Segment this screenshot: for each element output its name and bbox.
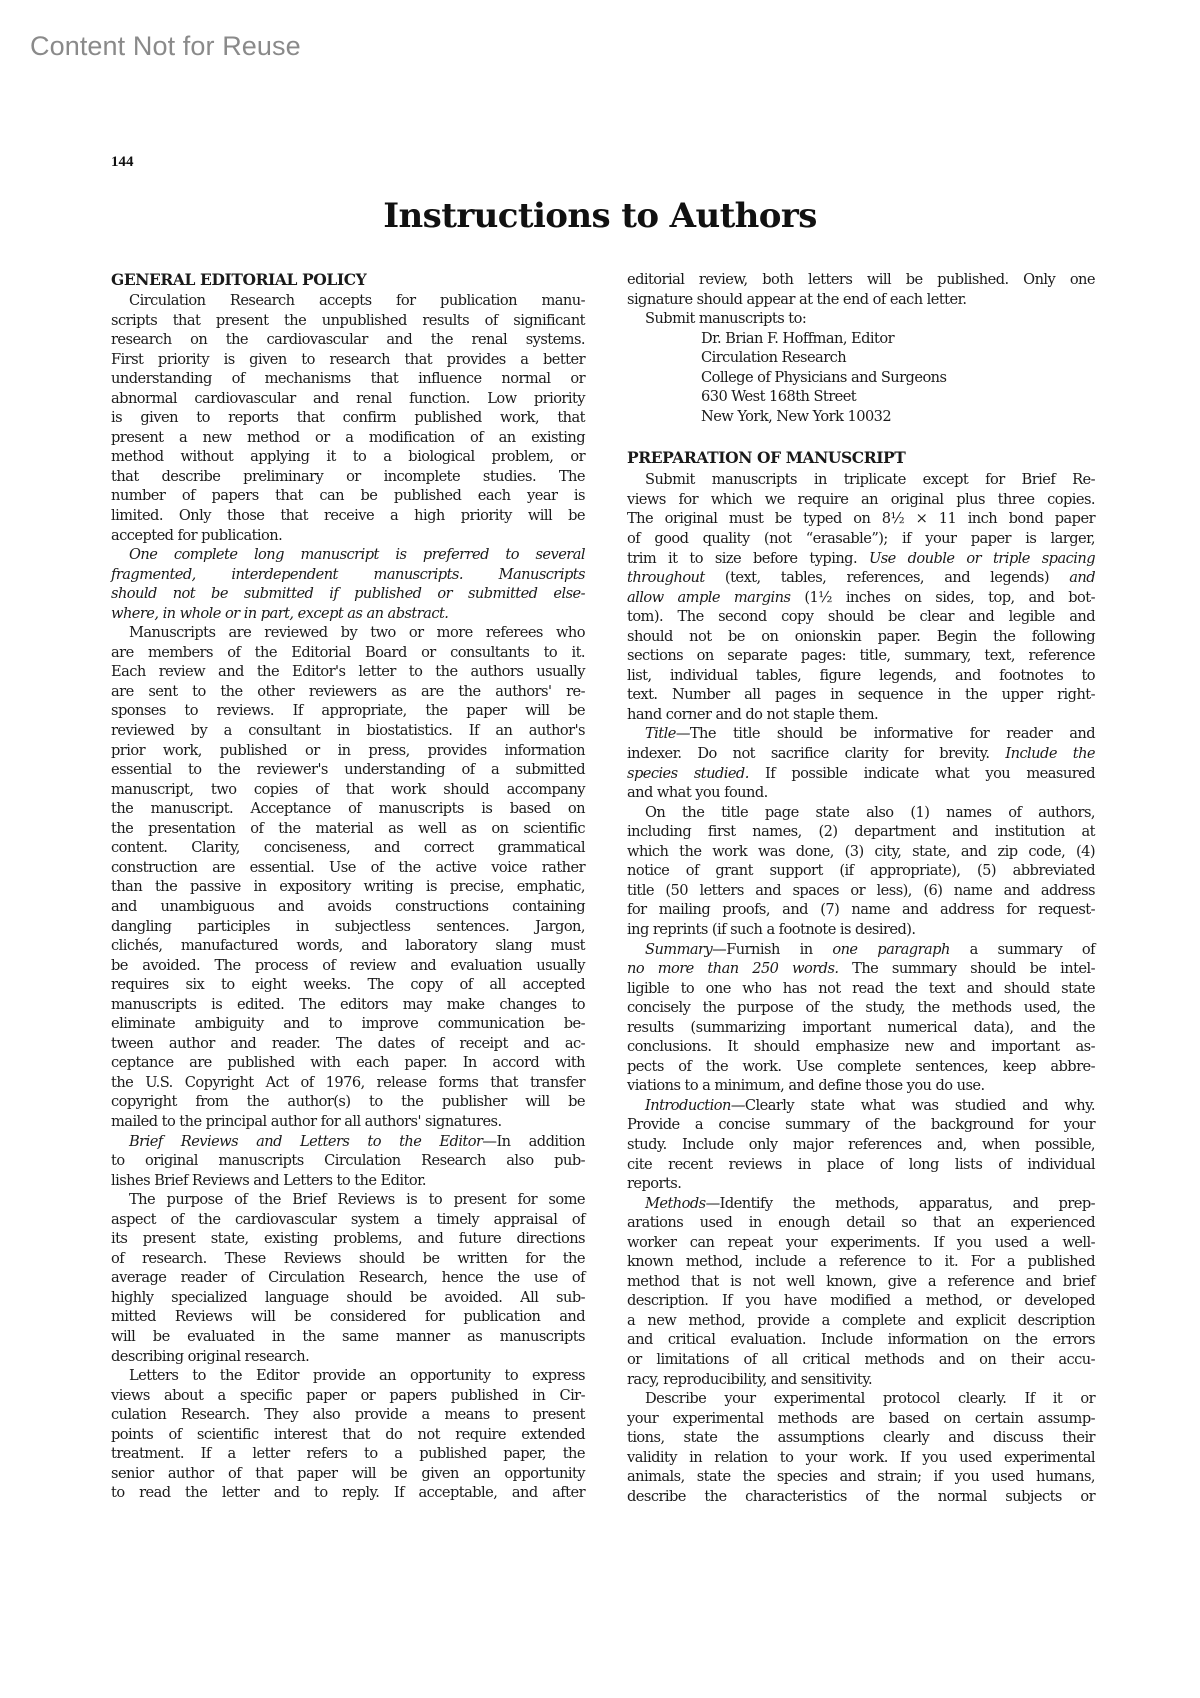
text-line: its present state, existing problems, an… <box>111 1229 585 1249</box>
text-line: sponses to reviews. If appropriate, the … <box>111 701 585 721</box>
text-line: scripts that present the unpublished res… <box>111 311 585 331</box>
text-line: views about a specific paper or papers p… <box>111 1386 585 1406</box>
text-line: study. Include only major references and… <box>627 1135 1095 1155</box>
text-line: worker can repeat your experiments. If y… <box>627 1233 1095 1253</box>
text-line: Letters to the Editor provide an opportu… <box>111 1366 585 1386</box>
text-line: Submit manuscripts in triplicate except … <box>627 470 1095 490</box>
text-line: are members of the Editorial Board or co… <box>111 643 585 663</box>
text-line: First priority is given to research that… <box>111 350 585 370</box>
text-line: for mailing proofs, and (7) name and add… <box>627 900 1095 920</box>
text-line: and unambiguous and avoids constructions… <box>111 897 585 917</box>
text-line: indexer. Do not sacrifice clarity for br… <box>627 744 1095 764</box>
text-line: reports. <box>627 1174 1095 1194</box>
text-line: tween author and reader. The dates of re… <box>111 1034 585 1054</box>
text-line: views for which we require an original p… <box>627 490 1095 510</box>
text-line: editorial review, both letters will be p… <box>627 270 1095 290</box>
text-line: signature should appear at the end of ea… <box>627 290 1095 310</box>
text-line: list, individual tables, figure legends,… <box>627 666 1095 686</box>
text-line: Title—The title should be informative fo… <box>627 724 1095 744</box>
text-line: Summary—Furnish in one paragraph a summa… <box>627 940 1095 960</box>
text-line: dangling participles in subjectless sent… <box>111 917 585 937</box>
text-line: should not be submitted if published or … <box>111 584 585 604</box>
text-line: describe the characteristics of the norm… <box>627 1487 1095 1507</box>
text-line: no more than 250 words. The summary shou… <box>627 959 1095 979</box>
text-line: Methods—Identify the methods, apparatus,… <box>627 1194 1095 1214</box>
text-line: species studied. If possible indicate wh… <box>627 764 1095 784</box>
text-line: construction are essential. Use of the a… <box>111 858 585 878</box>
text-line: manuscripts is edited. The editors may m… <box>111 995 585 1015</box>
text-line: Introduction—Clearly state what was stud… <box>627 1096 1095 1116</box>
text-line: research on the cardiovascular and the r… <box>111 330 585 350</box>
text-line: Manuscripts are reviewed by two or more … <box>111 623 585 643</box>
text-line: Provide a concise summary of the backgro… <box>627 1115 1095 1135</box>
text-line: ligible to one who has not read the text… <box>627 979 1095 999</box>
text-line: and what you found. <box>627 783 1095 803</box>
text-line: highly specialized language should be av… <box>111 1288 585 1308</box>
address-line: Dr. Brian F. Hoffman, Editor <box>627 329 1095 349</box>
section-heading-preparation-of-manuscript: PREPARATION OF MANUSCRIPT <box>627 446 1095 470</box>
text-line: or limitations of all critical methods a… <box>627 1350 1095 1370</box>
text-line: to original manuscripts Circulation Rese… <box>111 1151 585 1171</box>
text-line: requires six to eight weeks. The copy of… <box>111 975 585 995</box>
text-line: allow ample margins (1½ inches on sides,… <box>627 588 1095 608</box>
text-line: treatment. If a letter refers to a publi… <box>111 1444 585 1464</box>
text-line: results (summarizing important numerical… <box>627 1018 1095 1038</box>
text-line: ing reprints (if such a footnote is desi… <box>627 920 1095 940</box>
text-line: of research. These Reviews should be wri… <box>111 1249 585 1269</box>
text-line: method without applying it to a biologic… <box>111 447 585 467</box>
text-line: describing original research. <box>111 1347 585 1367</box>
text-line: should not be on onionskin paper. Begin … <box>627 627 1095 647</box>
text-line: lishes Brief Reviews and Letters to the … <box>111 1171 585 1191</box>
text-line: a new method, provide a complete and exp… <box>627 1311 1095 1331</box>
text-line: Circulation Research accepts for publica… <box>111 291 585 311</box>
page-title: Instructions to Authors <box>0 196 1200 236</box>
text-line: the presentation of the material as well… <box>111 819 585 839</box>
text-line: tom). The second copy should be clear an… <box>627 607 1095 627</box>
right-column: editorial review, both letters will be p… <box>627 270 1095 1506</box>
text-line: your experimental methods are based on c… <box>627 1409 1095 1429</box>
text-line: Submit manuscripts to: <box>627 309 1095 329</box>
text-line: tions, state the assumptions clearly and… <box>627 1428 1095 1448</box>
text-line: mailed to the principal author for all a… <box>111 1112 585 1132</box>
text-line: arations used in enough detail so that a… <box>627 1213 1095 1233</box>
address-line: College of Physicians and Surgeons <box>627 368 1095 388</box>
text-line: Each review and the Editor's letter to t… <box>111 662 585 682</box>
text-line: manuscript, two copies of that work shou… <box>111 780 585 800</box>
text-line: trim it to size before typing. Use doubl… <box>627 549 1095 569</box>
text-line: limited. Only those that receive a high … <box>111 506 585 526</box>
text-line: method that is not well known, give a re… <box>627 1272 1095 1292</box>
text-line: copyright from the author(s) to the publ… <box>111 1092 585 1112</box>
text-line: throughout (text, tables, references, an… <box>627 568 1095 588</box>
text-line: to read the letter and to reply. If acce… <box>111 1483 585 1503</box>
text-line: fragmented, interdependent manuscripts. … <box>111 565 585 585</box>
text-line: number of papers that can be published e… <box>111 486 585 506</box>
text-line: The purpose of the Brief Reviews is to p… <box>111 1190 585 1210</box>
text-line: known method, include a reference to it.… <box>627 1252 1095 1272</box>
text-line: abnormal cardiovascular and renal functi… <box>111 389 585 409</box>
text-line: aspect of the cardiovascular system a ti… <box>111 1210 585 1230</box>
text-line: text. Number all pages in sequence in th… <box>627 685 1095 705</box>
text-line: prior work, published or in press, provi… <box>111 741 585 761</box>
text-line: The original must be typed on 8½ × 11 in… <box>627 509 1095 529</box>
text-line: reviewed by a consultant in biostatistic… <box>111 721 585 741</box>
text-line: racy, reproducibility, and sensitivity. <box>627 1370 1095 1390</box>
text-line: animals, state the species and strain; i… <box>627 1467 1095 1487</box>
section-heading-general-editorial-policy: GENERAL EDITORIAL POLICY <box>111 269 585 291</box>
text-line: validity in relation to your work. If yo… <box>627 1448 1095 1468</box>
text-line: accepted for publication. <box>111 526 585 546</box>
watermark: Content Not for Reuse <box>30 31 301 62</box>
text-line: ceptance are published with each paper. … <box>111 1053 585 1073</box>
text-line: which the work was done, (3) city, state… <box>627 842 1095 862</box>
text-line: concisely the purpose of the study, the … <box>627 998 1095 1018</box>
text-line: the U.S. Copyright Act of 1976, release … <box>111 1073 585 1093</box>
text-line: conclusions. It should emphasize new and… <box>627 1037 1095 1057</box>
text-line: including first names, (2) department an… <box>627 822 1095 842</box>
text-line: notice of grant support (if appropriate)… <box>627 861 1095 881</box>
text-line: be avoided. The process of review and ev… <box>111 956 585 976</box>
text-line: On the title page state also (1) names o… <box>627 803 1095 823</box>
left-column-body: Circulation Research accepts for publica… <box>111 291 585 1503</box>
text-line: essential to the reviewer's understandin… <box>111 760 585 780</box>
page-number: 144 <box>111 154 134 171</box>
text-line: pects of the work. Use complete sentence… <box>627 1057 1095 1077</box>
text-line: where, in whole or in part, except as an… <box>111 604 585 624</box>
text-line: content. Clarity, conciseness, and corre… <box>111 838 585 858</box>
text-line: One complete long manuscript is preferre… <box>111 545 585 565</box>
text-line: than the passive in expository writing i… <box>111 877 585 897</box>
left-column: GENERAL EDITORIAL POLICY Circulation Res… <box>111 269 585 1503</box>
text-line: is given to reports that confirm publish… <box>111 408 585 428</box>
text-line: Describe your experimental protocol clea… <box>627 1389 1095 1409</box>
text-line: and critical evaluation. Include informa… <box>627 1330 1095 1350</box>
text-line: average reader of Circulation Research, … <box>111 1268 585 1288</box>
text-line: present a new method or a modification o… <box>111 428 585 448</box>
text-line: hand corner and do not staple them. <box>627 705 1095 725</box>
text-line: understanding of mechanisms that influen… <box>111 369 585 389</box>
text-line: cite recent reviews in place of long lis… <box>627 1155 1095 1175</box>
address-line: New York, New York 10032 <box>627 407 1095 427</box>
text-line: culation Research. They also provide a m… <box>111 1405 585 1425</box>
text-line: senior author of that paper will be give… <box>111 1464 585 1484</box>
text-line: will be evaluated in the same manner as … <box>111 1327 585 1347</box>
address-line: 630 West 168th Street <box>627 387 1095 407</box>
text-line: that describe preliminary or incomplete … <box>111 467 585 487</box>
text-line: of good quality (not “erasable”); if you… <box>627 529 1095 549</box>
text-line: Brief Reviews and Letters to the Editor—… <box>111 1132 585 1152</box>
right-column-intro: editorial review, both letters will be p… <box>627 270 1095 329</box>
text-line: sections on separate pages: title, summa… <box>627 646 1095 666</box>
submission-address: Dr. Brian F. Hoffman, EditorCirculation … <box>627 329 1095 427</box>
address-line: Circulation Research <box>627 348 1095 368</box>
text-line: points of scientific interest that do no… <box>111 1425 585 1445</box>
text-line: description. If you have modified a meth… <box>627 1291 1095 1311</box>
text-line: eliminate ambiguity and to improve commu… <box>111 1014 585 1034</box>
text-line: mitted Reviews will be considered for pu… <box>111 1307 585 1327</box>
spacer <box>627 426 1095 446</box>
text-line: are sent to the other reviewers as are t… <box>111 682 585 702</box>
text-line: the manuscript. Acceptance of manuscript… <box>111 799 585 819</box>
right-column-body: Submit manuscripts in triplicate except … <box>627 470 1095 1506</box>
text-line: title (50 letters and spaces or less), (… <box>627 881 1095 901</box>
text-line: viations to a minimum, and define those … <box>627 1076 1095 1096</box>
text-line: clichés, manufactured words, and laborat… <box>111 936 585 956</box>
